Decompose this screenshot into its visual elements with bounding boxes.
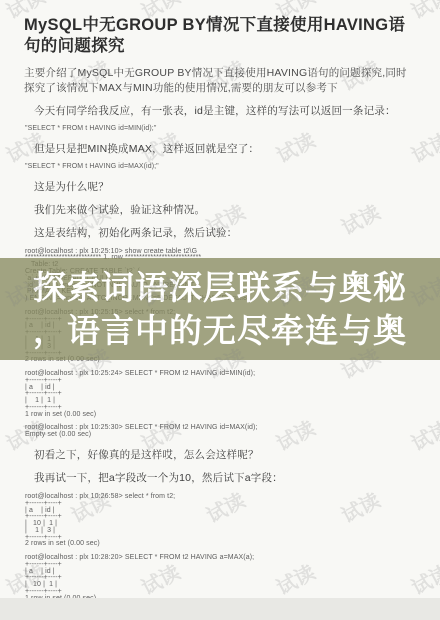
code-snippet-max: "SELECT * FROM t HAVING id=MAX(id);" [25,164,416,171]
paragraph: 这是为什么呢？ [24,181,416,194]
overlay-banner: 探索词语深层联系与奥秘 ，语言中的无尽牵连与奥 [0,258,440,360]
page-title: MySQL中无GROUP BY情况下直接使用HAVING语句的问题探究 [24,15,416,57]
paragraph: 我们先来做个试验，验证这种情况。 [24,204,416,217]
paragraph: 今天有同学给我反应，有一张表，id是主键，这样的写法可以返回一条记录： [24,105,416,118]
banner-title-line-2: ，语言中的无尽牵连与奥 [33,309,407,352]
article-intro: 主要介绍了MySQL中无GROUP BY情况下直接使用HAVING语句的问题探究… [24,66,416,95]
paragraph: 初看之下，好像真的是这样哎，怎么会这样呢？ [24,449,416,462]
paragraph: 这是表结构，初始化两条记录，然后试验： [24,227,416,240]
paragraph: 但是只是把MIN换成MAX，这样返回就是空了： [24,143,416,156]
page-footer-background [0,598,440,620]
paragraph: 我再试一下，把a字段改一个为10，然后试下a字段： [24,472,416,485]
article-page: MySQL中无GROUP BY情况下直接使用HAVING语句的问题探究 主要介绍… [0,0,440,620]
banner-title-line-1: 探索词语深层联系与奥秘 [33,266,407,309]
code-snippet-min: "SELECT * FROM t HAVING id=MIN(id);" [25,126,416,133]
